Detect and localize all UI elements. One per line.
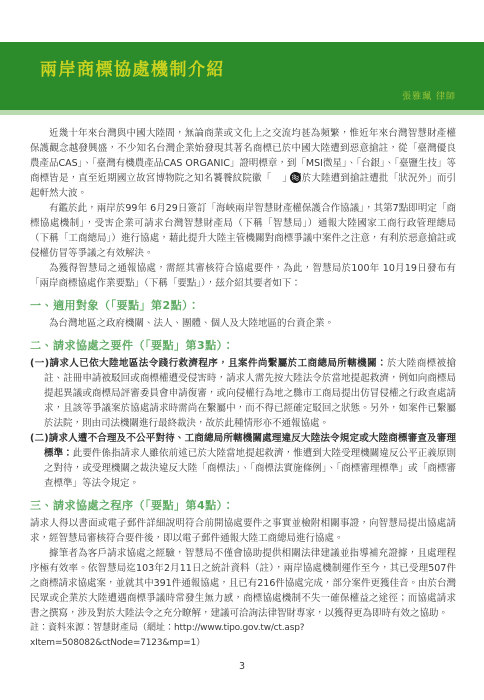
section-heading-procedure: 三、請求協處之程序（「要點」第4點）： — [30, 498, 456, 513]
palace-taotie-emblem-icon — [271, 172, 282, 183]
paragraph-procedure: 請求人得以書面或電子郵件詳細說明符合前開協處要件之事實並檢附相關事證，向智慧局提… — [30, 516, 456, 546]
paragraph-directions: 為獲得智慧局之通報協處，需經其審核符合協處要件，為此，智慧局於100年 10月1… — [30, 261, 456, 291]
paragraph-intro: 近幾十年來台灣與中國大陸間，無論商業或文化上之交流均甚為頻繁，惟近年來台灣智慧財… — [30, 126, 456, 201]
requirement-item-1: (一)請求人已依大陸地區法令踐行救濟程序，且案件尚繫屬於工商總局所轄機關：於大陸… — [30, 356, 456, 431]
footnote: 註：資料來源：智慧財產局（網址：http://www.tipo.gov.tw/c… — [30, 621, 456, 651]
footnote-close: ） — [196, 638, 205, 648]
requirement-item-2-body: 此要件係指請求人雖依前述已於大陸當地提起救濟，惟遭到大陸受理機關違反公平正義原則… — [44, 448, 456, 489]
footnote-label: 註：資料來源：智慧財產局（網址： — [30, 623, 174, 633]
page-number: 3 — [0, 661, 484, 672]
requirement-item-2: (二)請求人遭不合理及不公平對待、工商總局所轄機關處理違反大陸法令規定或大陸商標… — [30, 431, 456, 491]
document-page: 兩岸商標協處機制介紹 張雅珮 律師 近幾十年來台灣與中國大陸間，無論商業或文化上… — [0, 0, 484, 700]
section1-body: 為台灣地區之政府機關、法人、團體、個人及大陸地區的台資企業。 — [30, 316, 456, 331]
section-heading-applicable-subjects: 一、適用對象（「要點」第2點）： — [30, 298, 456, 313]
title-banner: 兩岸商標協處機制介紹 張雅珮 律師 — [0, 42, 484, 115]
author-credit: 張雅珮 律師 — [402, 89, 456, 102]
requirement-item-1-lead: (一)請求人已依大陸地區法令踐行救濟程序，且案件尚繫屬於工商總局所轄機關： — [30, 358, 387, 369]
paragraph-experience: 據筆者為客戶請求協處之經驗，智慧局不僅會協助提供相關法律建議並指導補充證據，且處… — [30, 546, 456, 621]
article-body: 近幾十年來台灣與中國大陸間，無論商業或文化上之交流均甚為頻繁，惟近年來台灣智慧財… — [30, 126, 456, 651]
section-heading-requirements: 二、請求協處之要件（「要點」第3點）： — [30, 338, 456, 353]
page-title: 兩岸商標協處機制介紹 — [0, 42, 484, 80]
paragraph-agreement: 有鑑於此，兩岸於99年 6月29日簽訂「海峽兩岸智慧財產權保護合作協議」，其第7… — [30, 201, 456, 261]
